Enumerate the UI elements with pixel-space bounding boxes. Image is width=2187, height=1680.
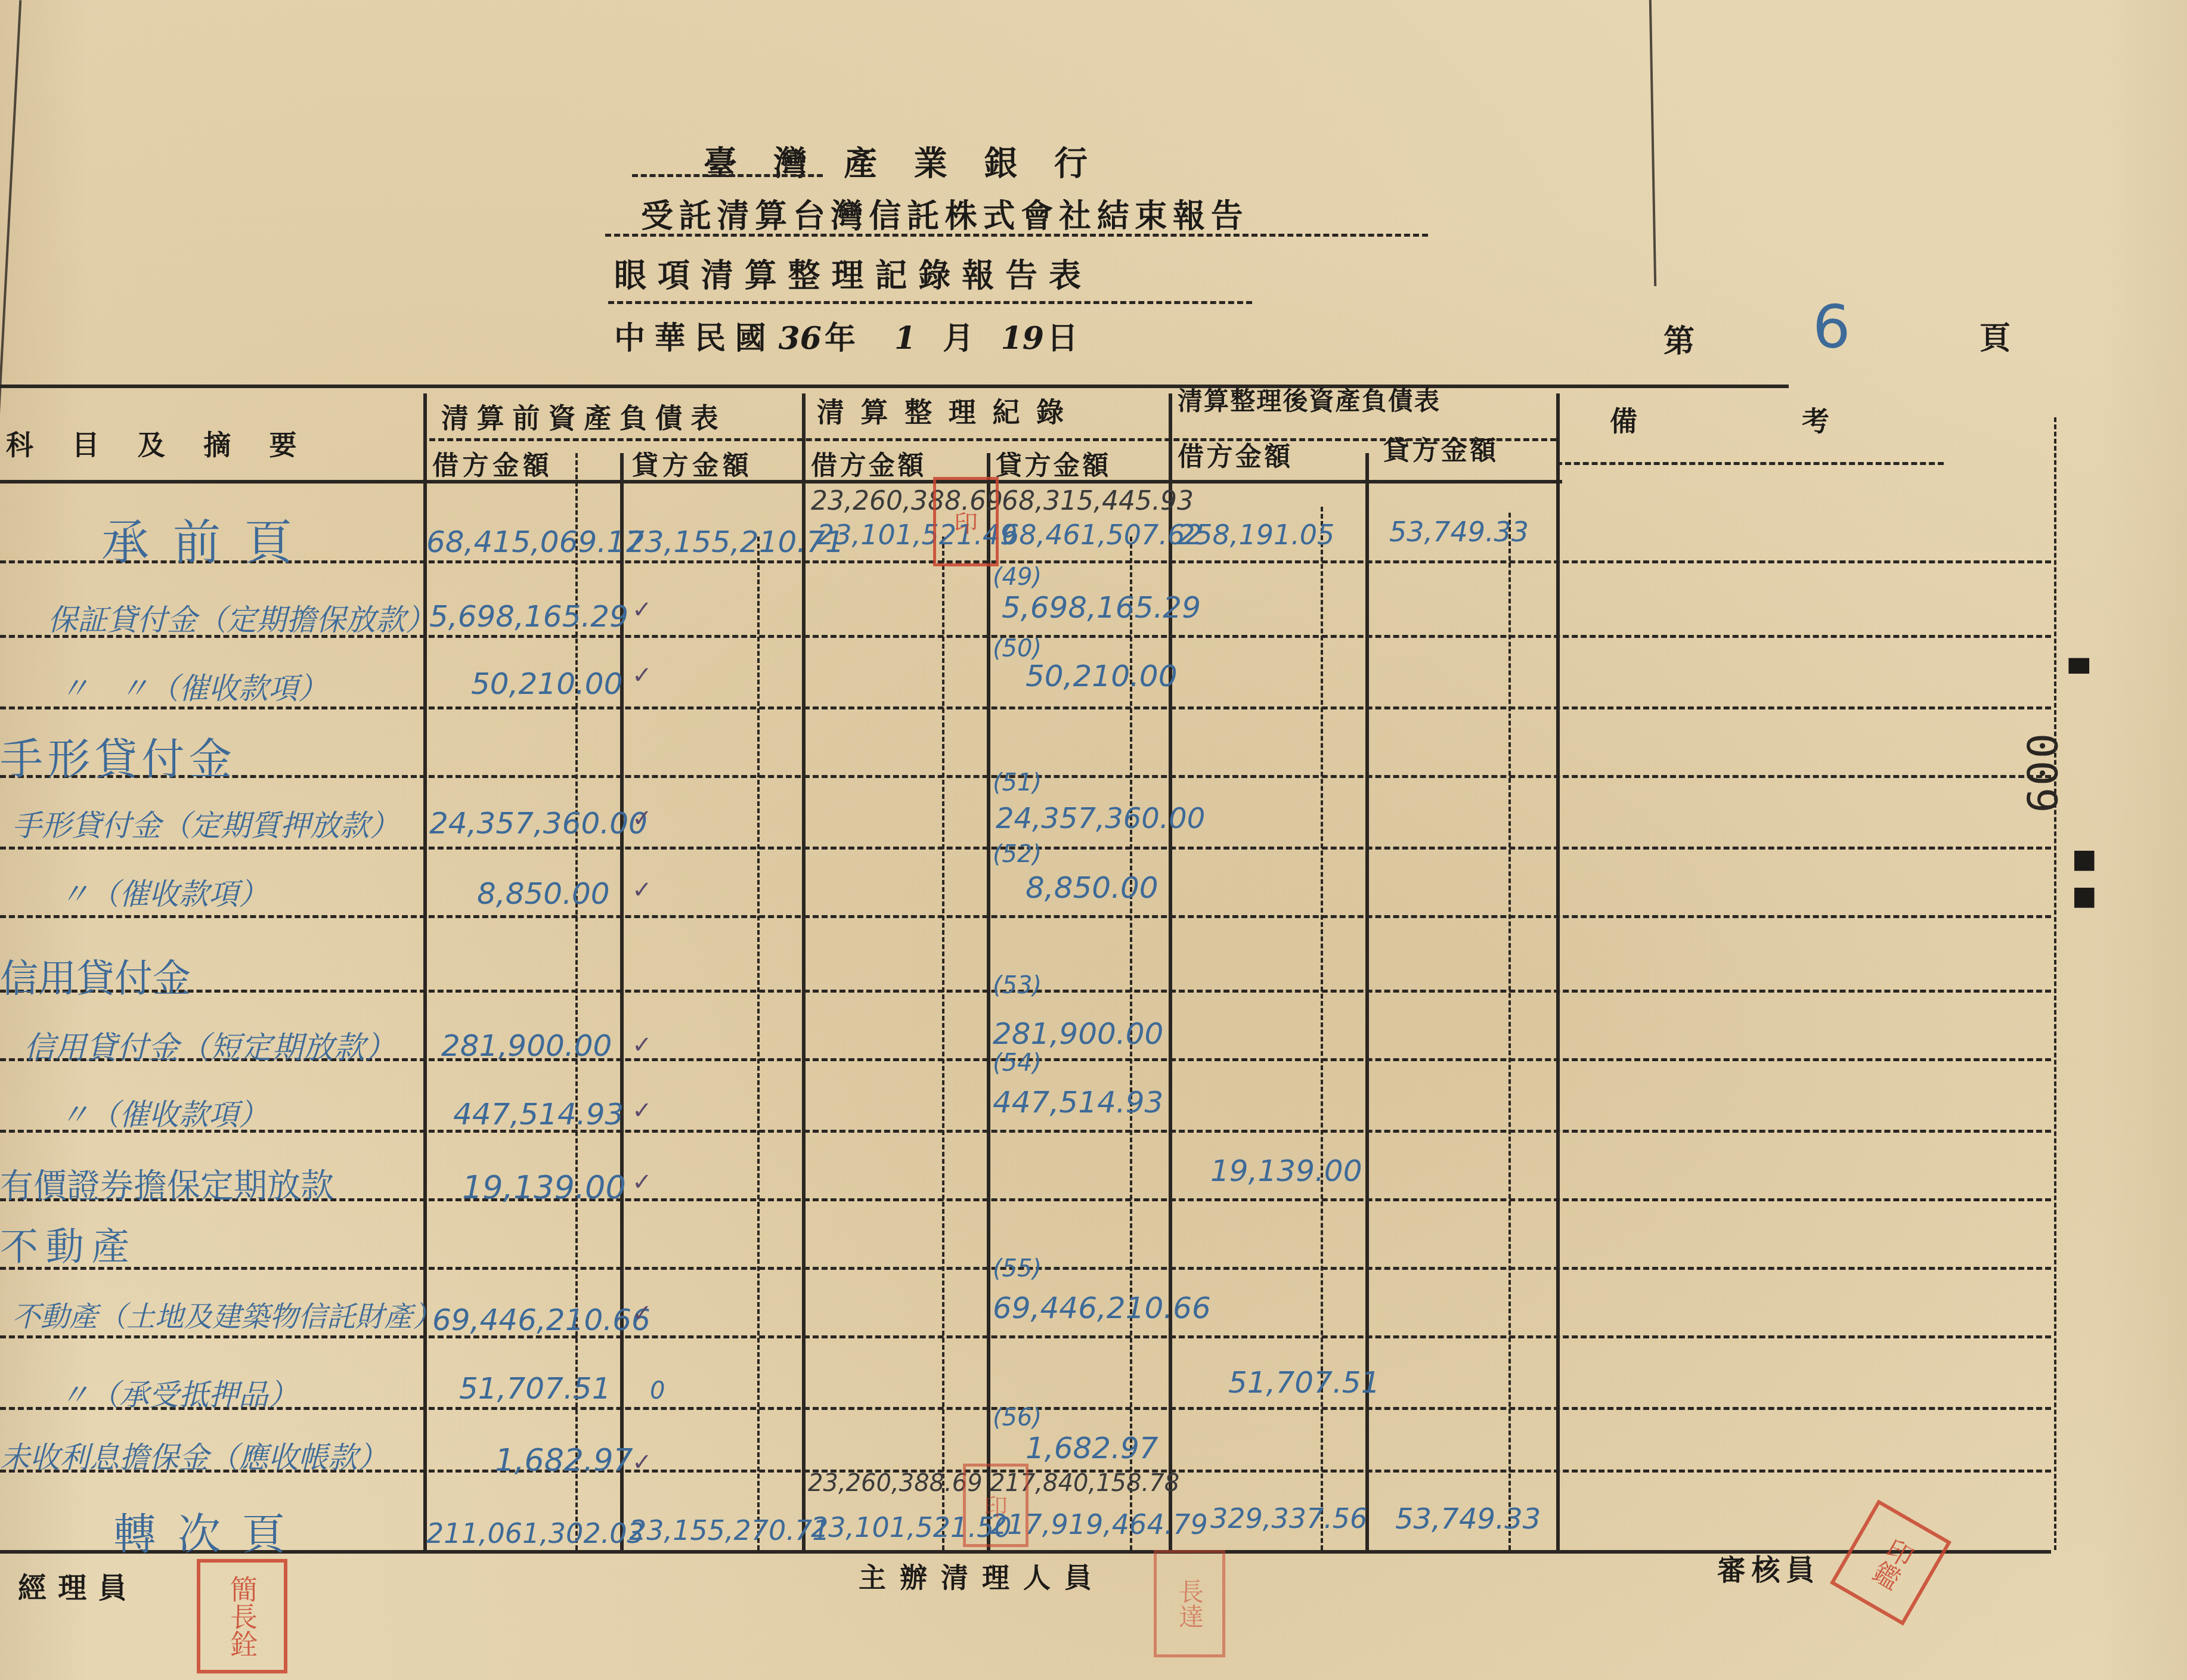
row-14-record-debit-top: 23,260,388.69 xyxy=(808,1470,983,1497)
row-line-9 xyxy=(0,1130,2051,1133)
row-8-pre-debit: 447,514.93 xyxy=(453,1097,624,1132)
row-11-description: 不動產（土地及建築物信託財產） xyxy=(12,1294,441,1335)
table-top-border xyxy=(0,385,1789,388)
seal-center-text: 長達 xyxy=(1172,1579,1207,1629)
row-6-description: 信用貸付金 xyxy=(0,948,191,1003)
col-border-post-credit-cents xyxy=(1508,513,1511,1550)
row-5-record-credit: 8,850.00 xyxy=(1026,870,1158,905)
col-border-post xyxy=(1556,393,1560,1553)
title-underline-1 xyxy=(632,174,823,177)
col-border-record xyxy=(1169,393,1172,1553)
header-record-debit: 借方金額 xyxy=(811,444,927,482)
row-0-pre-debit: 68,415,069.17 xyxy=(426,525,645,559)
row-1-description: 保証貸付金（定期擔保放款） xyxy=(48,596,435,639)
col-border-pre xyxy=(802,393,806,1553)
seal-middle-bottom: 印 xyxy=(963,1464,1029,1547)
seal-middle-top-text: 印 xyxy=(954,505,978,539)
row-1-record-credit: 5,698,165.29 xyxy=(1002,590,1201,625)
row-13-check-mark: ✓ xyxy=(632,1449,652,1476)
date-era: 中華民國 xyxy=(614,320,775,357)
row-0-description: 承前頁 xyxy=(101,504,316,572)
header-description: 科目及摘要 xyxy=(6,423,335,463)
header-bottom-border xyxy=(0,480,1562,483)
row-14-post-credit: 53,749.33 xyxy=(1395,1502,1541,1536)
footer-left-label: 經理員 xyxy=(18,1565,138,1606)
row-7-description: 信用貸付金（短定期放款） xyxy=(24,1022,396,1067)
row-4-record-ref: (51) xyxy=(993,769,1042,796)
form-title: 眼項清算整理記錄報告表 xyxy=(614,250,1092,296)
margin-mark-bottom: ■■ xyxy=(2072,841,2097,914)
row-9-post-debit: 19,139.00 xyxy=(1210,1154,1362,1188)
header-liquidation-record: 清算整理紀錄 xyxy=(817,390,1080,430)
header-remarks: 備考 xyxy=(1610,399,1994,439)
seal-middle-top: 印 xyxy=(933,477,999,566)
row-4-record-credit: 24,357,360.00 xyxy=(996,802,1205,835)
row-13-record-ref: (56) xyxy=(993,1404,1042,1431)
row-2-description: 〃 〃（催收款項） xyxy=(60,665,328,708)
footer-center-label: 主辦清理人員 xyxy=(859,1556,1105,1595)
footer-right-label: 審核員 xyxy=(1717,1547,1820,1588)
header-record-credit: 貸方金額 xyxy=(996,444,1111,482)
col-border-pre-credit-cents xyxy=(757,537,760,1550)
col-border-record-debit-cents xyxy=(942,537,944,1550)
col-border-record-debit xyxy=(987,453,990,1550)
date-month: 1 xyxy=(894,320,916,357)
row-13-description: 未收利息擔保金（應收帳款） xyxy=(0,1434,388,1477)
row-4-pre-debit: 24,357,360.00 xyxy=(429,806,648,841)
paper-crease-top xyxy=(1649,0,1656,286)
row-0-post-debit: 258,191.05 xyxy=(1178,519,1334,551)
seal-left-text: 簡長銓 xyxy=(222,1575,262,1657)
row-12-pre-debit: 51,707.51 xyxy=(459,1371,611,1406)
row-0-post-credit: 53,749.33 xyxy=(1389,516,1529,548)
col-border-description xyxy=(423,393,427,1553)
row-8-record-ref: (54) xyxy=(993,1049,1042,1077)
report-date: 中華民國 36 年 1 月 19 日 xyxy=(614,313,1078,358)
seal-middle-bottom-text: 印 xyxy=(984,1489,1008,1523)
row-5-check-mark: ✓ xyxy=(632,876,652,904)
title-underline-3 xyxy=(608,301,1252,304)
row-3-description: 手形貸付金 xyxy=(0,724,236,786)
row-1-check-mark: ✓ xyxy=(632,596,652,624)
row-5-pre-debit: 8,850.00 xyxy=(477,876,610,911)
header-pre-debit: 借方金額 xyxy=(432,444,553,482)
page-prefix: 第 xyxy=(1664,316,1710,361)
row-14-post-debit: 329,337.56 xyxy=(1210,1502,1367,1535)
row-12-post-debit: 51,707.51 xyxy=(1228,1365,1380,1400)
row-11-check-mark: ✓ xyxy=(632,1300,652,1327)
row-1-pre-debit: 5,698,165.29 xyxy=(429,599,628,634)
row-1-record-ref: (49) xyxy=(993,563,1042,591)
seal-center: 長達 xyxy=(1154,1550,1225,1657)
date-year-unit: 年 xyxy=(825,320,856,357)
header-pre-credit: 貸方金額 xyxy=(632,444,752,482)
title-underline-2 xyxy=(605,234,1428,237)
row-12-description: 〃（承受抵押品） xyxy=(60,1371,298,1414)
page-number: 6 xyxy=(1813,292,1851,362)
margin-mark-top: ▀ xyxy=(2069,659,2089,689)
row-4-description: 手形貸付金（定期質押放款） xyxy=(12,802,399,845)
date-month-unit: 月 xyxy=(943,320,974,357)
row-13-pre-debit: 1,682.97 xyxy=(495,1443,633,1478)
bank-name: 臺灣產業銀行 xyxy=(704,137,1125,185)
row-line-12 xyxy=(0,1335,2051,1338)
report-title: 受託清算台灣信託株式會社結束報告 xyxy=(641,191,1249,237)
row-14-pre-debit: 211,061,302.03 xyxy=(426,1517,645,1549)
row-8-description: 〃（催收款項） xyxy=(60,1091,268,1134)
row-10-description: 不動產 xyxy=(0,1216,137,1271)
row-2-pre-debit: 50,210.00 xyxy=(471,667,622,701)
row-12-pre-credit-mark: 0 xyxy=(650,1377,665,1405)
header-post-debit: 借方金額 xyxy=(1178,435,1293,473)
row-0-record-credit: 68,461,507.62 xyxy=(1002,519,1203,551)
row-11-pre-debit: 69,446,210.66 xyxy=(432,1303,650,1337)
row-5-record-ref: (52) xyxy=(993,841,1042,868)
seal-left: 簡長銓 xyxy=(197,1559,287,1673)
header-post-credit: 貸方金額 xyxy=(1383,429,1499,467)
remarks-header-bottom xyxy=(1556,462,1944,465)
seal-right-text: 印鑑 xyxy=(1861,1530,1920,1595)
col-border-remarks xyxy=(2054,417,2056,1550)
row-8-check-mark: ✓ xyxy=(632,1097,652,1124)
row-9-pre-debit: 19,139.00 xyxy=(462,1168,626,1206)
row-0-pre-credit: 23,155,210.71 xyxy=(626,525,844,559)
paper-crease-left xyxy=(0,0,21,417)
date-day-unit: 日 xyxy=(1047,320,1078,357)
row-11-record-credit: 69,446,210.66 xyxy=(993,1291,1211,1325)
row-7-check-mark: ✓ xyxy=(632,1031,652,1059)
row-7-record-ref: (53) xyxy=(993,972,1042,999)
date-year: 36 xyxy=(779,320,822,357)
page-suffix: 頁 xyxy=(1980,313,2026,358)
row-2-check-mark: ✓ xyxy=(632,662,652,689)
row-9-description: 有價證券擔保定期放款 xyxy=(0,1160,334,1207)
margin-archive-number: 009 xyxy=(2017,733,2066,815)
row-13-record-credit: 1,682.97 xyxy=(1026,1431,1158,1465)
row-9-check-mark: ✓ xyxy=(632,1168,652,1196)
seal-right: 印鑑 xyxy=(1830,1499,1951,1625)
row-14-pre-credit: 23,155,270.71 xyxy=(629,1514,830,1546)
row-7-pre-debit: 281,900.00 xyxy=(441,1028,612,1063)
row-0-record-credit-top: 68,315,445.93 xyxy=(1002,486,1194,516)
row-5-description: 〃（催收款項） xyxy=(60,870,268,913)
row-8-record-credit: 447,514.93 xyxy=(993,1085,1163,1120)
row-line-6 xyxy=(0,915,2051,918)
row-11-record-ref: (55) xyxy=(993,1255,1042,1282)
row-2-record-credit: 50,210.00 xyxy=(1026,659,1177,693)
row-4-check-mark: ✓ xyxy=(632,805,652,832)
date-day: 19 xyxy=(1000,320,1043,357)
row-7-record-credit: 281,900.00 xyxy=(993,1016,1163,1051)
header-pre-liquidation: 清算前資產負債表 xyxy=(441,396,726,436)
row-14-description: 轉次頁 xyxy=(113,1499,306,1561)
header-post-liquidation: 清算整理後資產負債表 xyxy=(1178,382,1441,417)
